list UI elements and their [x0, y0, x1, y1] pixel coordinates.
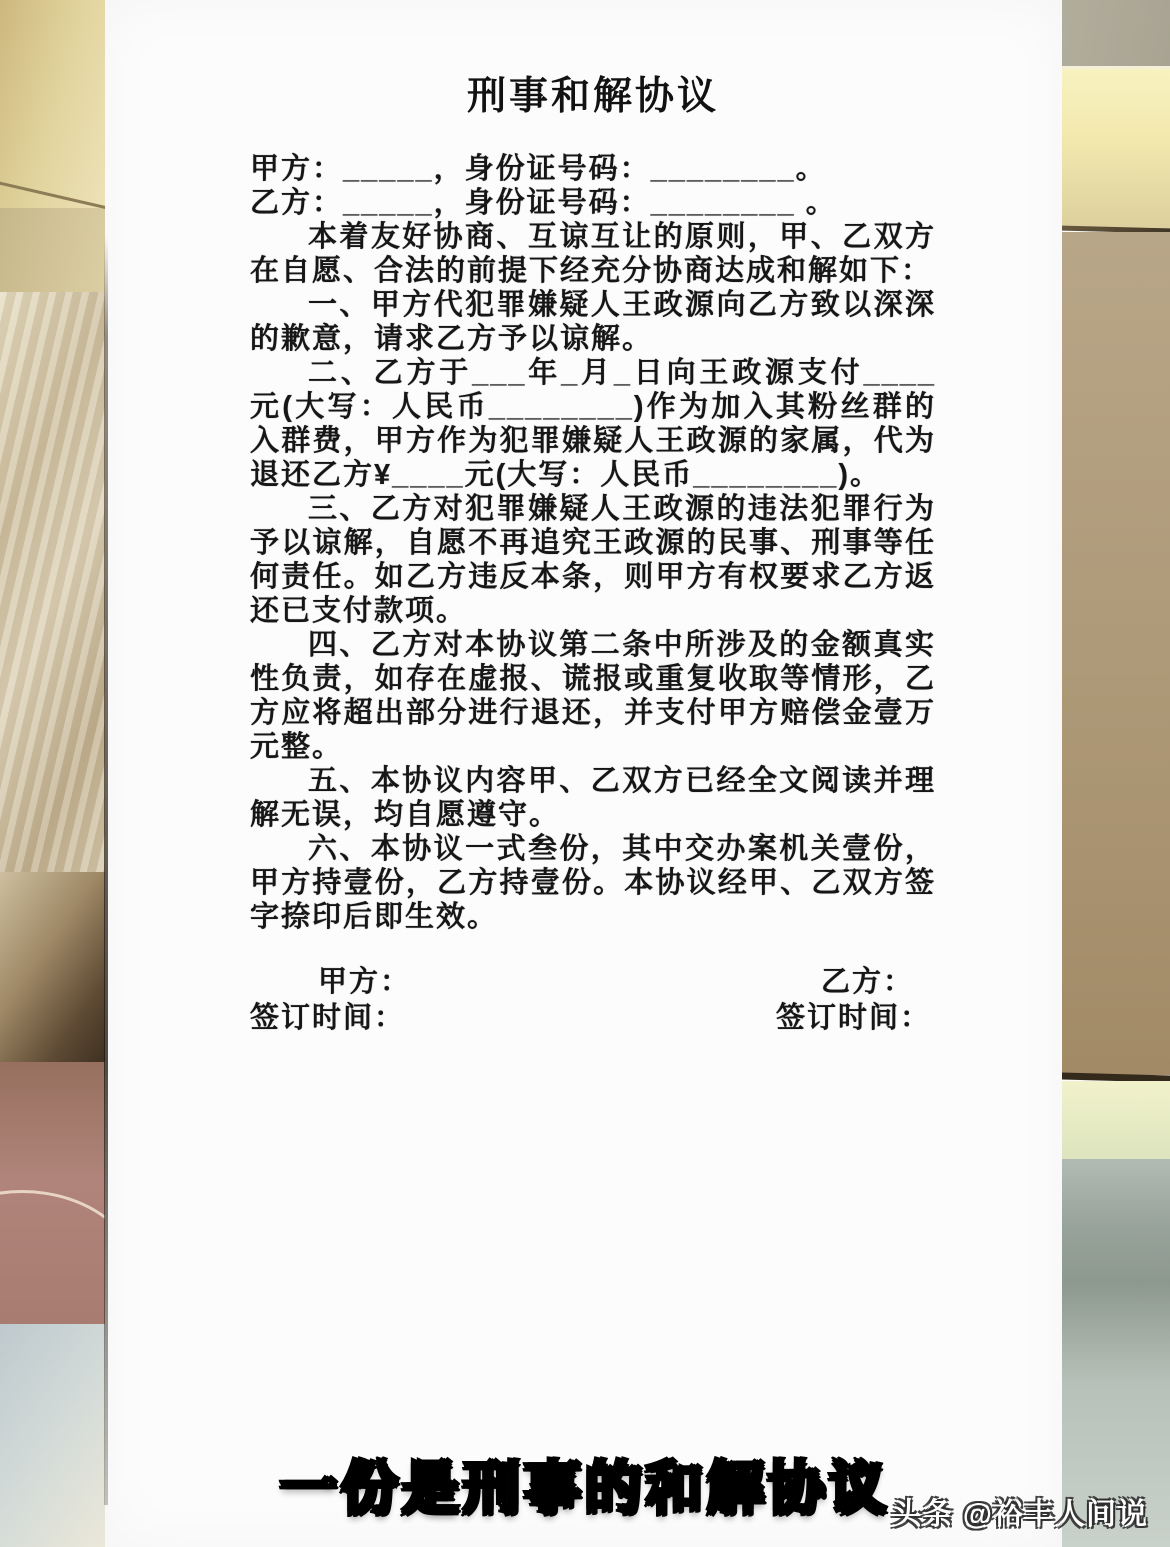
agreement-preamble: 本着友好协商、互谅互让的原则，甲、乙双方在自愿、合法的前提下经充分协商达成和解如…: [250, 220, 936, 288]
agreement-clause-2: 二、乙方于___年_月_日向王政源支付____元(大写：人民币________)…: [250, 356, 936, 492]
document-body: 甲方：_____，身份证号码：________。 乙方：_____，身份证号码：…: [250, 152, 936, 934]
video-frame: 刑事和解协议 甲方：_____，身份证号码：________。 乙方：_____…: [0, 0, 1170, 1547]
watermark: 头条 @裕丰人间说: [891, 1489, 1148, 1533]
agreement-clause-6: 六、本协议一式叁份，其中交办案机关壹份，甲方持壹份，乙方持壹份。本协议经甲、乙双…: [250, 832, 936, 934]
agreement-clause-3: 三、乙方对犯罪嫌疑人王政源的违法犯罪行为予以谅解，自愿不再追究王政源的民事、刑事…: [250, 492, 936, 628]
signature-block: 甲方： 乙方： 签订时间： 签订时间：: [250, 964, 936, 1036]
signature-row-parties: 甲方： 乙方：: [250, 964, 936, 1000]
signature-date-left-label: 签订时间：: [250, 1002, 405, 1034]
blurred-hair-streaks: [0, 292, 110, 872]
document-paper: 刑事和解协议 甲方：_____，身份证号码：________。 乙方：_____…: [105, 0, 1062, 1547]
paper-edge-shadow: [104, 235, 108, 1505]
wall-panel-gold-lower: [0, 208, 110, 292]
wall-light-band: [1058, 69, 1170, 229]
signature-row-dates: 签订时间： 签订时间：: [250, 1000, 936, 1036]
ceiling-panel: [1058, 0, 1170, 69]
signature-party-b-label: 乙方：: [821, 966, 914, 998]
agreement-clause-5: 五、本协议内容甲、乙双方已经全文阅读并理解无误，均自愿遵守。: [250, 764, 936, 832]
party-a-line: 甲方：_____，身份证号码：________。: [250, 152, 936, 186]
agreement-clause-4: 四、乙方对本协议第二条中所涉及的金额真实性负责，如存在虚报、谎报或重复收取等情形…: [250, 628, 936, 764]
background-left-blur: [0, 0, 110, 1547]
blurred-shadow-area: [0, 872, 110, 1062]
document-title: 刑事和解协议: [250, 74, 936, 120]
party-b-line: 乙方：_____，身份证号码：________ 。: [250, 186, 936, 220]
agreement-clause-1: 一、甲方代犯罪嫌疑人王政源向乙方致以深深的歉意，请求乙方予以谅解。: [250, 288, 936, 356]
signature-date-right-label: 签订时间：: [776, 1002, 931, 1034]
signature-party-a-label: 甲方：: [318, 966, 411, 998]
baseboard-light-band: [1058, 1081, 1170, 1159]
wall-panel-khaki: [1058, 232, 1170, 1075]
background-right-blur: [1058, 0, 1170, 1547]
